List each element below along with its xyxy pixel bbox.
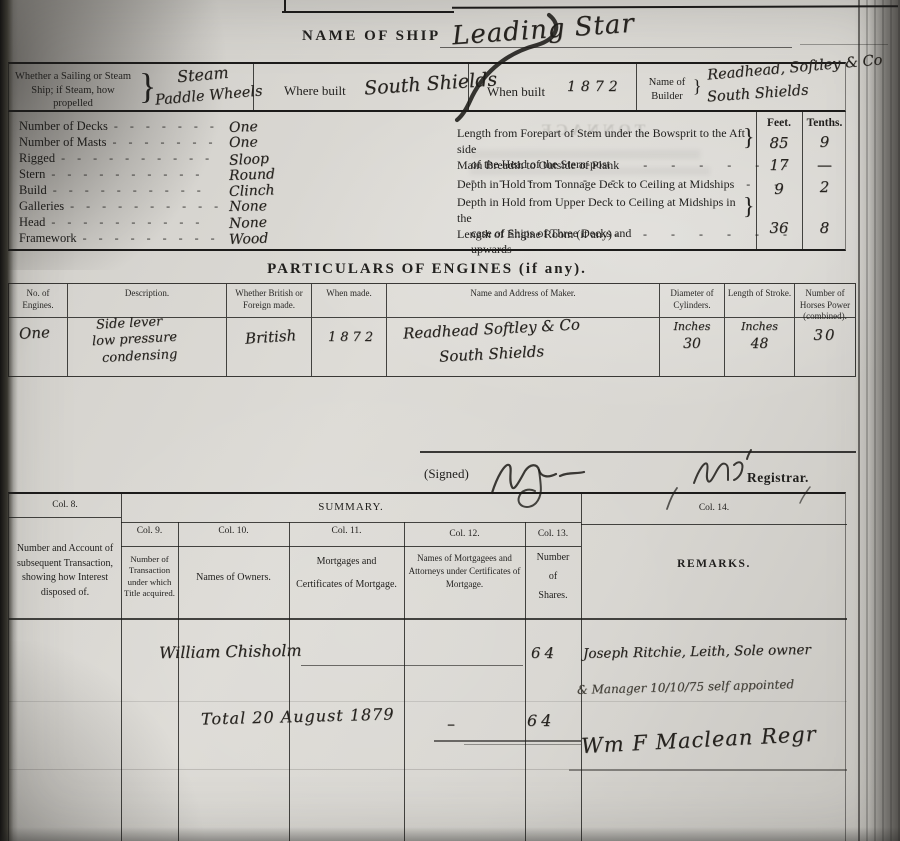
col9-caption: Col. 9. <box>121 526 178 536</box>
cylinders-unit: Inches <box>660 320 724 333</box>
engine-description-value: Side lever <box>96 314 163 332</box>
engine-maker-name: Readhead Softley & Co <box>403 315 581 342</box>
col11-caption: Col. 11. <box>289 526 404 536</box>
engines-col-stroke: Length of Stroke. Inches 48 <box>724 284 794 376</box>
propulsion-value-steam: Steam <box>176 63 229 86</box>
dash-leader: - - - - - - - - - - <box>113 135 224 150</box>
engines-col-cylinders: Diameter of Cylinders. Inches 30 <box>659 284 724 376</box>
signature-scribble-right <box>694 450 751 483</box>
engine-origin-value: British <box>244 326 296 348</box>
engines-col-count: No. of Engines. One <box>9 284 67 376</box>
dimension-label: Length of Engine Room (if any) - - - - -… <box>457 227 787 242</box>
dash-leader: - - - - - - - - - - <box>70 199 223 214</box>
dash-leader: - - - - - - - - - - <box>51 215 223 230</box>
total-shares-entry: 64 <box>527 711 555 730</box>
dimension-feet-value: 36 <box>756 219 802 237</box>
col12-title: Names of Mortgagees and Attorneys under … <box>406 552 523 591</box>
particulars-row: Framework - - - - - - - - - - Wood <box>19 230 341 246</box>
dash-leader: - - - - - - - - - - <box>114 119 223 134</box>
col11-title: Mortgages and Certificates of Mortgage. <box>289 556 404 590</box>
cylinders-value: 30 <box>660 336 724 352</box>
dash-leader: - - - - - - - - - - <box>83 231 223 246</box>
engines-col-maker: Name and Address of Maker. Readhead Soft… <box>386 284 659 376</box>
particulars-row: Galleries - - - - - - - - - - None <box>19 198 341 214</box>
dimension-feet-value: 85 <box>756 134 802 152</box>
builder-value-place: South Shields <box>707 82 810 105</box>
col13-divider <box>581 494 582 841</box>
col14-title: REMARKS. <box>581 558 847 570</box>
col12-caption: Col. 12. <box>404 529 525 539</box>
stroke-value: 48 <box>725 336 794 352</box>
engine-count-value: One <box>19 323 51 343</box>
top-rule-tick <box>284 0 286 12</box>
header-bottom-rule <box>9 618 847 620</box>
dimension-label: Main Breadth to Outside of Plank - - - -… <box>457 158 787 173</box>
total-entry: Total 20 August 1879 <box>201 704 395 728</box>
particular-label: Galleries <box>19 199 64 214</box>
engine-maker-place: South Shields <box>439 342 545 365</box>
summary-table: Col. 8. SUMMARY. Col. 14. Col. 9. Col. 1… <box>8 492 846 841</box>
signature-scribble-left <box>492 465 584 493</box>
total-dash: – <box>447 714 455 733</box>
summary-caption-rule <box>121 522 581 523</box>
dimension-feet-value: 17 <box>756 156 802 174</box>
particular-value: Wood <box>229 228 341 248</box>
particulars-row: Head - - - - - - - - - - None <box>19 214 341 230</box>
name-of-ship-label: NAME OF SHIP <box>302 28 441 45</box>
brace-glyph: } <box>743 194 755 221</box>
col10-caption: Col. 10. <box>178 526 289 536</box>
owner-entry-underline <box>301 665 523 666</box>
engines-col-when-made: When made. 1872 <box>311 284 386 376</box>
engines-header: Number of Horses Power (combined). <box>795 284 855 318</box>
ship-name-underline <box>440 47 792 48</box>
col13-caption: Col. 13. <box>525 529 581 539</box>
owner-shares-entry: 64 <box>531 644 558 662</box>
particular-label: Head <box>19 215 45 230</box>
particulars-row: Build - - - - - - - - - - Clinch <box>19 182 341 198</box>
horse-power-value: 30 <box>795 326 855 344</box>
engines-header: No. of Engines. <box>9 284 67 318</box>
engine-description-value: condensing <box>102 347 178 366</box>
engines-table: No. of Engines. One Description. Side le… <box>8 283 856 377</box>
dash-leader: - - - - - - - - - - <box>61 151 223 166</box>
engines-header: Name and Address of Maker. <box>387 284 659 318</box>
owner-name-entry: William Chisholm <box>159 641 302 662</box>
dimension-tenths-value: 8 <box>802 219 847 237</box>
engine-description-value: low pressure <box>92 330 178 349</box>
dimension-tenths-value: 9 <box>802 133 847 151</box>
registrar-signature: Wm F Maclean Regr <box>581 722 818 758</box>
total-underline <box>434 740 581 742</box>
col9-divider <box>178 522 179 841</box>
propulsion-label: Whether a Sailing or Steam Ship; if Stea… <box>12 70 134 111</box>
col10-title: Names of Owners. <box>178 572 289 583</box>
when-built-label: When built <box>487 84 545 100</box>
ship-particulars-section: Number of Decks - - - - - - - - - - One … <box>8 112 846 251</box>
particular-label: Number of Masts <box>19 135 107 150</box>
engines-section-title: PARTICULARS OF ENGINES (if any). <box>8 261 846 278</box>
builder-cell: Name of Builder } Readhead, Softley & Co… <box>636 64 845 110</box>
dimension-tenths-value: 2 <box>802 178 847 196</box>
ledger-line <box>569 769 847 771</box>
top-rule-right <box>452 5 898 9</box>
brace-glyph: } <box>693 76 702 97</box>
col13-title: Number of Shares. <box>525 552 581 601</box>
ship-name-underline-2 <box>800 44 888 45</box>
engines-header: Length of Stroke. <box>725 284 794 318</box>
col8-caption-rule <box>9 517 121 518</box>
remarks-entry-line2: & Manager 10/10/75 self appointed <box>577 677 794 697</box>
engines-header: Whether British or Foreign made. <box>227 284 311 318</box>
propulsion-label-cell: Whether a Sailing or Steam Ship; if Stea… <box>9 64 137 110</box>
particular-label: Framework <box>19 231 77 246</box>
particular-label: Rigged <box>19 151 55 166</box>
col14-caption-rule <box>581 524 847 525</box>
dimensions-block: Feet. Tenths. Length from Forepart of St… <box>431 112 847 249</box>
ledger-line <box>9 769 569 770</box>
engine-when-made-value: 1872 <box>328 330 377 345</box>
remarks-entry-line1: Joseph Ritchie, Leith, Sole owner <box>583 642 811 662</box>
col8-caption: Col. 8. <box>9 500 121 510</box>
summary-caption: SUMMARY. <box>121 501 581 513</box>
col9-title: Number of Transaction under which Title … <box>123 554 176 600</box>
where-built-label: Where built <box>284 83 346 99</box>
engines-col-description: Description. Side lever low pressure con… <box>67 284 226 376</box>
brace-glyph: } <box>743 125 755 152</box>
particular-label: Build <box>19 183 47 198</box>
when-built-value: 1872 <box>567 79 623 95</box>
page-edge-line <box>858 0 860 841</box>
ship-info-table: Whether a Sailing or Steam Ship; if Stea… <box>8 62 846 112</box>
ledger-line <box>9 701 847 702</box>
dimension-tenths-value: — <box>802 156 847 174</box>
stroke-unit: Inches <box>725 320 794 333</box>
propulsion-value-cell: Steam Paddle Wheels <box>159 64 253 110</box>
builder-value-name: Readhead, Softley & Co <box>707 52 883 83</box>
feet-header: Feet. <box>756 117 802 129</box>
dash-leader: - - - - - - - - - - <box>53 183 223 198</box>
top-rule-left <box>282 11 454 13</box>
brace-glyph: } <box>139 65 156 107</box>
particulars-row: Stern - - - - - - - - - - Round <box>19 166 341 182</box>
subcaption-rule <box>121 546 581 547</box>
total-underline-2 <box>464 744 581 745</box>
particular-label: Stern <box>19 167 45 182</box>
particular-label: Number of Decks <box>19 119 108 134</box>
propulsion-value-paddle: Paddle Wheels <box>155 83 264 108</box>
tenths-header: Tenths. <box>802 117 847 129</box>
col14-caption: Col. 14. <box>581 503 847 513</box>
particulars-row: Number of Masts - - - - - - - - - - One <box>19 134 341 150</box>
engines-header: Description. <box>68 284 226 318</box>
dimension-feet-value: 9 <box>756 180 802 198</box>
dash-leader: - - - - - - - - - - <box>51 167 223 182</box>
engines-header: When made. <box>312 284 386 318</box>
when-built-cell: When built 1872 <box>468 64 636 110</box>
signed-strip-top-rule <box>420 451 856 453</box>
particulars-list: Number of Decks - - - - - - - - - - One … <box>19 118 341 246</box>
page-curl-shadow <box>854 0 900 841</box>
where-built-cell: Where built South Shields <box>253 64 468 110</box>
col11-divider <box>404 522 405 841</box>
ship-name-value: Leading Star <box>451 9 636 52</box>
dimension-label: Depth in Hold from Tonnage Deck to Ceili… <box>457 177 778 192</box>
document-page: NAME OF SHIP Leading Star TONNAGE Whethe… <box>0 0 900 841</box>
signed-label: (Signed) <box>424 466 469 482</box>
engines-header: Diameter of Cylinders. <box>660 284 724 318</box>
col8-title: Number and Account of subsequent Transac… <box>13 542 117 600</box>
particulars-row: Number of Decks - - - - - - - - - - One <box>19 118 341 134</box>
particulars-row: Rigged - - - - - - - - - - Sloop <box>19 150 341 166</box>
builder-label: Name of Builder <box>641 76 693 103</box>
engines-col-horse-power: Number of Horses Power (combined). 30 <box>794 284 855 376</box>
registrar-label: Registrar. <box>747 470 809 486</box>
engines-col-origin: Whether British or Foreign made. British <box>226 284 311 376</box>
